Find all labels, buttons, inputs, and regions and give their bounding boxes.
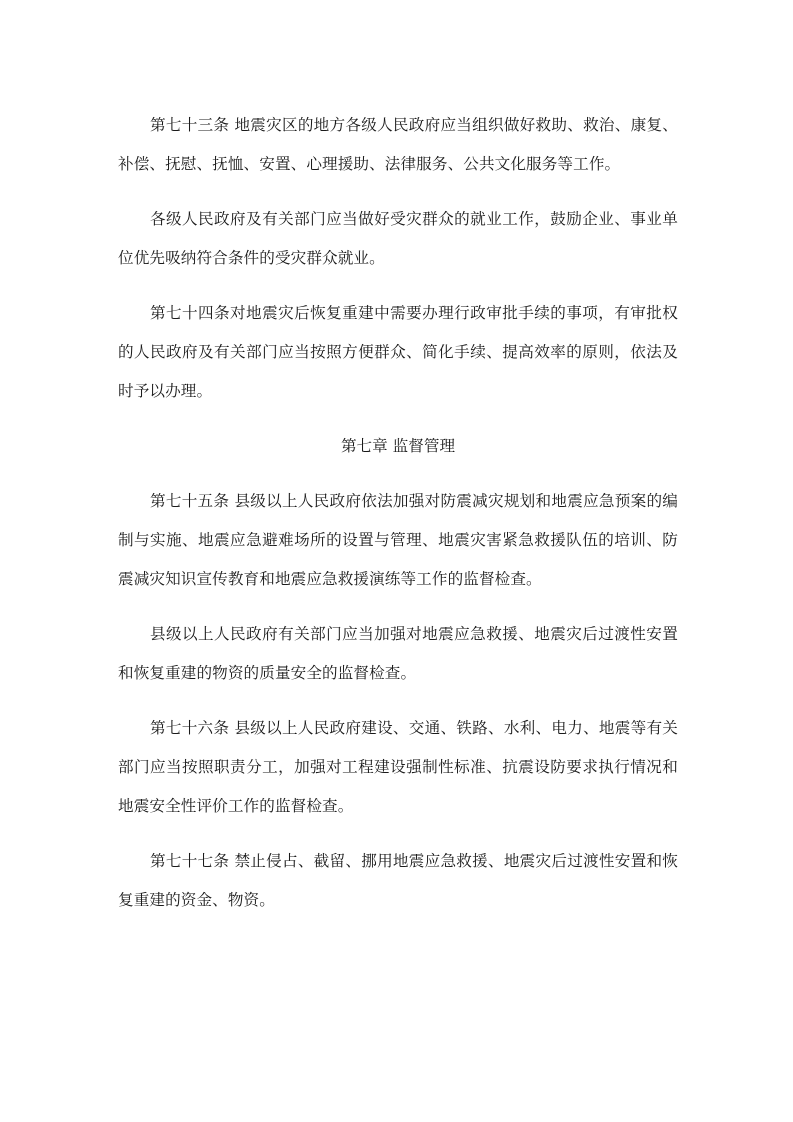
- paragraph-gap: [118, 466, 678, 482]
- article-73-paragraph: 第七十三条 地震灾区的地方各级人民政府应当组织做好救助、救治、康复、补偿、抚慰、…: [118, 106, 678, 184]
- paragraph-gap: [118, 693, 678, 709]
- paragraph-gap: [118, 599, 678, 615]
- article-75-paragraph: 第七十五条 县级以上人民政府依法加强对防震减灾规划和地震应急预案的编制与实施、地…: [118, 482, 678, 599]
- article-73-employment-paragraph: 各级人民政府及有关部门应当做好受灾群众的就业工作，鼓励企业、事业单位优先吸纳符合…: [118, 200, 678, 278]
- document-page: 第七十三条 地震灾区的地方各级人民政府应当组织做好救助、救治、康复、补偿、抚慰、…: [118, 106, 678, 920]
- paragraph-gap: [118, 826, 678, 842]
- article-74-paragraph: 第七十四条对地震灾后恢复重建中需要办理行政审批手续的事项，有审批权的人民政府及有…: [118, 294, 678, 411]
- paragraph-gap: [118, 411, 678, 427]
- article-77-paragraph: 第七十七条 禁止侵占、截留、挪用地震应急救援、地震灾后过渡性安置和恢复重建的资金…: [118, 842, 678, 920]
- paragraph-gap: [118, 184, 678, 200]
- chapter-heading: 第七章 监督管理: [118, 427, 678, 466]
- article-76-paragraph: 第七十六条 县级以上人民政府建设、交通、铁路、水利、电力、地震等有关部门应当按照…: [118, 709, 678, 826]
- article-75-supervision-paragraph: 县级以上人民政府有关部门应当加强对地震应急救援、地震灾后过渡性安置和恢复重建的物…: [118, 615, 678, 693]
- paragraph-gap: [118, 278, 678, 294]
